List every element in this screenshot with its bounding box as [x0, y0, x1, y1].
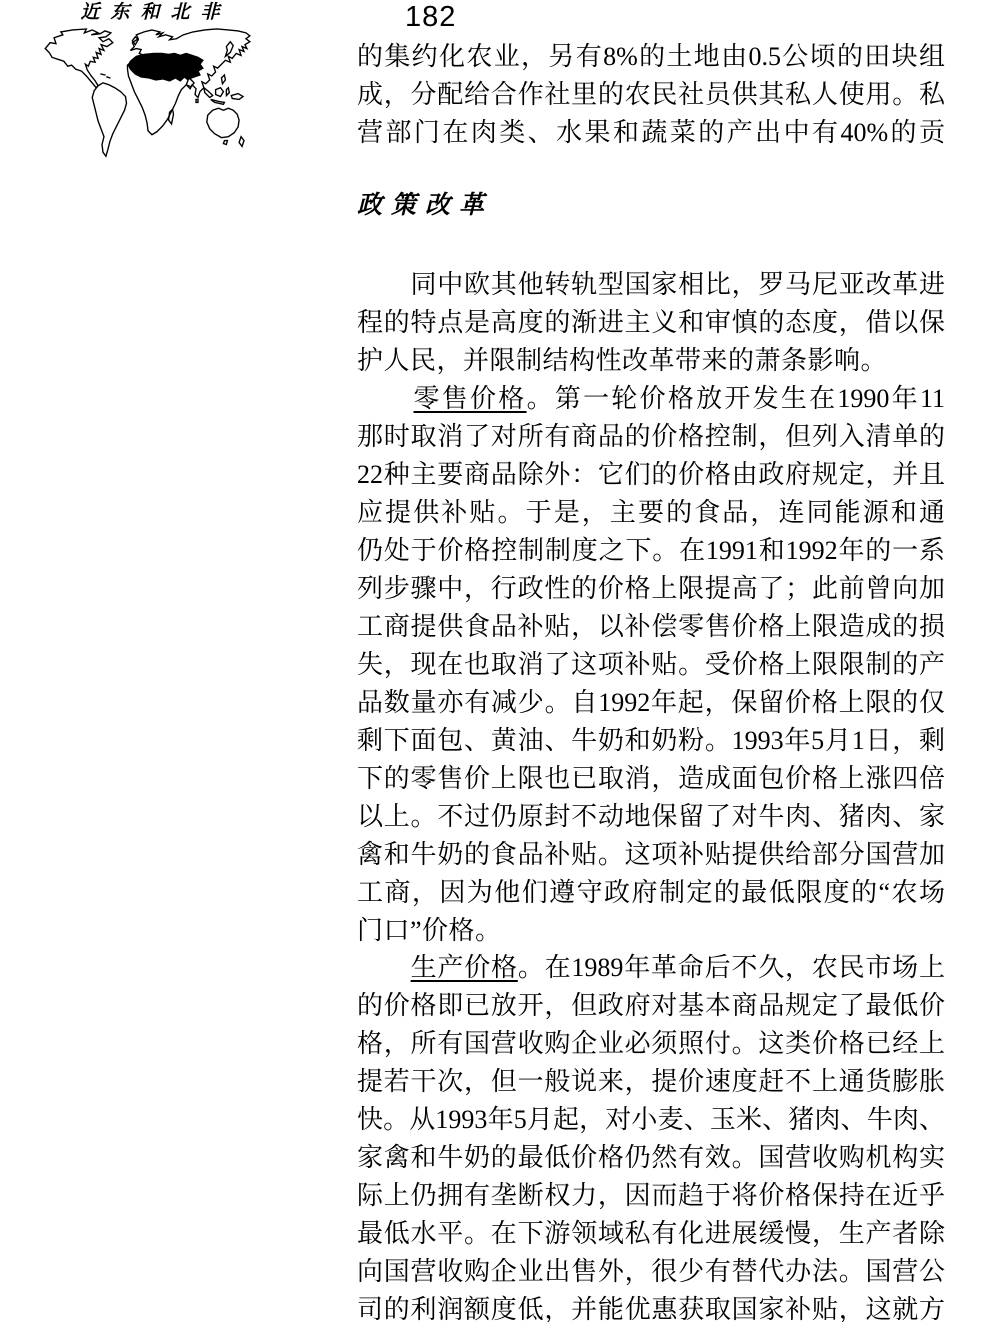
- underlined-term: 生产价格: [411, 953, 518, 982]
- text-line: 禽和牛奶的食品补贴。这项补贴提供给部分国营加: [357, 836, 945, 874]
- text-line: 成，分配给合作社里的农民社员供其私人使用。私: [357, 76, 945, 114]
- tasmania-island: [223, 141, 227, 145]
- text-line: 护人民，并限制结构性改革带来的萧条影响。: [357, 342, 945, 380]
- paragraph-producer-prices: 生产价格。在1989年革命后不久，农民市场上的价格即已放开，但政府对基本商品规定…: [357, 949, 945, 1322]
- region-map-block: 近东和北非: [38, 2, 262, 168]
- text-line: 仍处于价格控制制度之下。在1991和1992年的一系: [357, 532, 945, 570]
- text-line: 生产价格。在1989年革命后不久，农民市场上: [357, 949, 945, 987]
- australia-outline: [207, 108, 239, 137]
- section-heading: 政策改革: [357, 189, 945, 223]
- text-line: 剩下面包、黄油、牛奶和奶粉。1993年5月1日，剩: [357, 722, 945, 760]
- page-number: 182: [405, 1, 456, 33]
- text-line: 零售价格。第一轮价格放开发生在1990年11月。: [357, 380, 945, 418]
- text-line: 工商，因为他们遵守政府制定的最低限度的“农场: [357, 874, 945, 912]
- north-america-outline: [45, 29, 113, 88]
- world-map-near-east-north-africa-icon: [44, 27, 256, 168]
- japan-islands: [225, 42, 233, 57]
- sri-lanka-island: [196, 99, 198, 102]
- philippines-islands: [221, 75, 225, 84]
- text-line: 门口”价格。: [357, 912, 945, 950]
- paragraph-retail-prices: 零售价格。第一轮价格放开发生在1990年11月。那时取消了对所有商品的价格控制，…: [357, 380, 945, 950]
- near-east-north-africa-region: [128, 53, 202, 80]
- new-guinea-island: [231, 94, 243, 100]
- text-line: 的集约化农业，另有8%的土地由0.5公顷的田块组: [357, 38, 945, 76]
- underlined-term: 零售价格: [414, 384, 527, 413]
- region-title: 近东和北非: [38, 2, 262, 24]
- text-line: 际上仍拥有垄断权力，因而趋于将价格保持在近乎: [357, 1177, 945, 1215]
- sumatra-island: [204, 88, 213, 98]
- madagascar-island: [169, 109, 174, 124]
- text-line: 程的特点是高度的渐进主义和审慎的态度，借以保: [357, 304, 945, 342]
- new-zealand-islands: [239, 137, 244, 147]
- text-line: 列步骤中，行政性的价格上限提高了；此前曾向加: [357, 570, 945, 608]
- text-line: 快。从1993年5月起，对小麦、玉米、猪肉、牛肉、: [357, 1101, 945, 1139]
- text-line: 应提供补贴。于是，主要的食品，连同能源和通讯，: [357, 494, 945, 532]
- south-america-outline: [92, 83, 126, 156]
- text-line: 22种主要商品除外：它们的价格由政府规定，并且: [357, 456, 945, 494]
- paragraph-overview: 同中欧其他转轨型国家相比，罗马尼亚改革进程的特点是高度的渐进主义和审慎的态度，借…: [357, 266, 945, 380]
- text-line: 司的利润额度低，并能优惠获取国家补贴，这就方: [357, 1291, 945, 1322]
- text-line: 提若干次，但一般说来，提价速度赶不上通货膨胀: [357, 1063, 945, 1101]
- text-line: 失，现在也取消了这项补贴。受价格上限限制的产: [357, 646, 945, 684]
- text-line: 那时取消了对所有商品的价格控制，但列入清单的: [357, 418, 945, 456]
- text-line: 品数量亦有减少。自1992年起，保留价格上限的仅: [357, 684, 945, 722]
- text-line: 营部门在肉类、水果和蔬菜的产出中有40%的贡献。: [357, 114, 945, 152]
- java-island: [211, 99, 225, 104]
- text-line: 同中欧其他转轨型国家相比，罗马尼亚改革进: [357, 266, 945, 304]
- text-line: 向国营收购企业出售外，很少有替代办法。国营公: [357, 1253, 945, 1291]
- caribbean-islands: [101, 74, 110, 78]
- borneo-island: [216, 88, 224, 97]
- sulawesi-island: [226, 88, 229, 96]
- text-line: 的价格即已放开，但政府对基本商品规定了最低价: [357, 987, 945, 1025]
- text-line: 工商提供食品补贴，以补偿零售价格上限造成的损: [357, 608, 945, 646]
- text-line: 最低水平。在下游领域私有化进展缓慢，生产者除: [357, 1215, 945, 1253]
- text-line: 以上。不过仍原封不动地保留了对牛肉、猪肉、家: [357, 798, 945, 836]
- book-page: 近东和北非: [0, 0, 1000, 1322]
- text-line: 家禽和牛奶的最低价格仍然有效。国营收购机构实: [357, 1139, 945, 1177]
- paragraph-continuation: 的集约化农业，另有8%的土地由0.5公顷的田块组成，分配给合作社里的农民社员供其…: [357, 38, 945, 152]
- text-line: 下的零售价上限也已取消，造成面包价格上涨四倍: [357, 760, 945, 798]
- text-line: 格，所有国营收购企业必须照付。这类价格已经上: [357, 1025, 945, 1063]
